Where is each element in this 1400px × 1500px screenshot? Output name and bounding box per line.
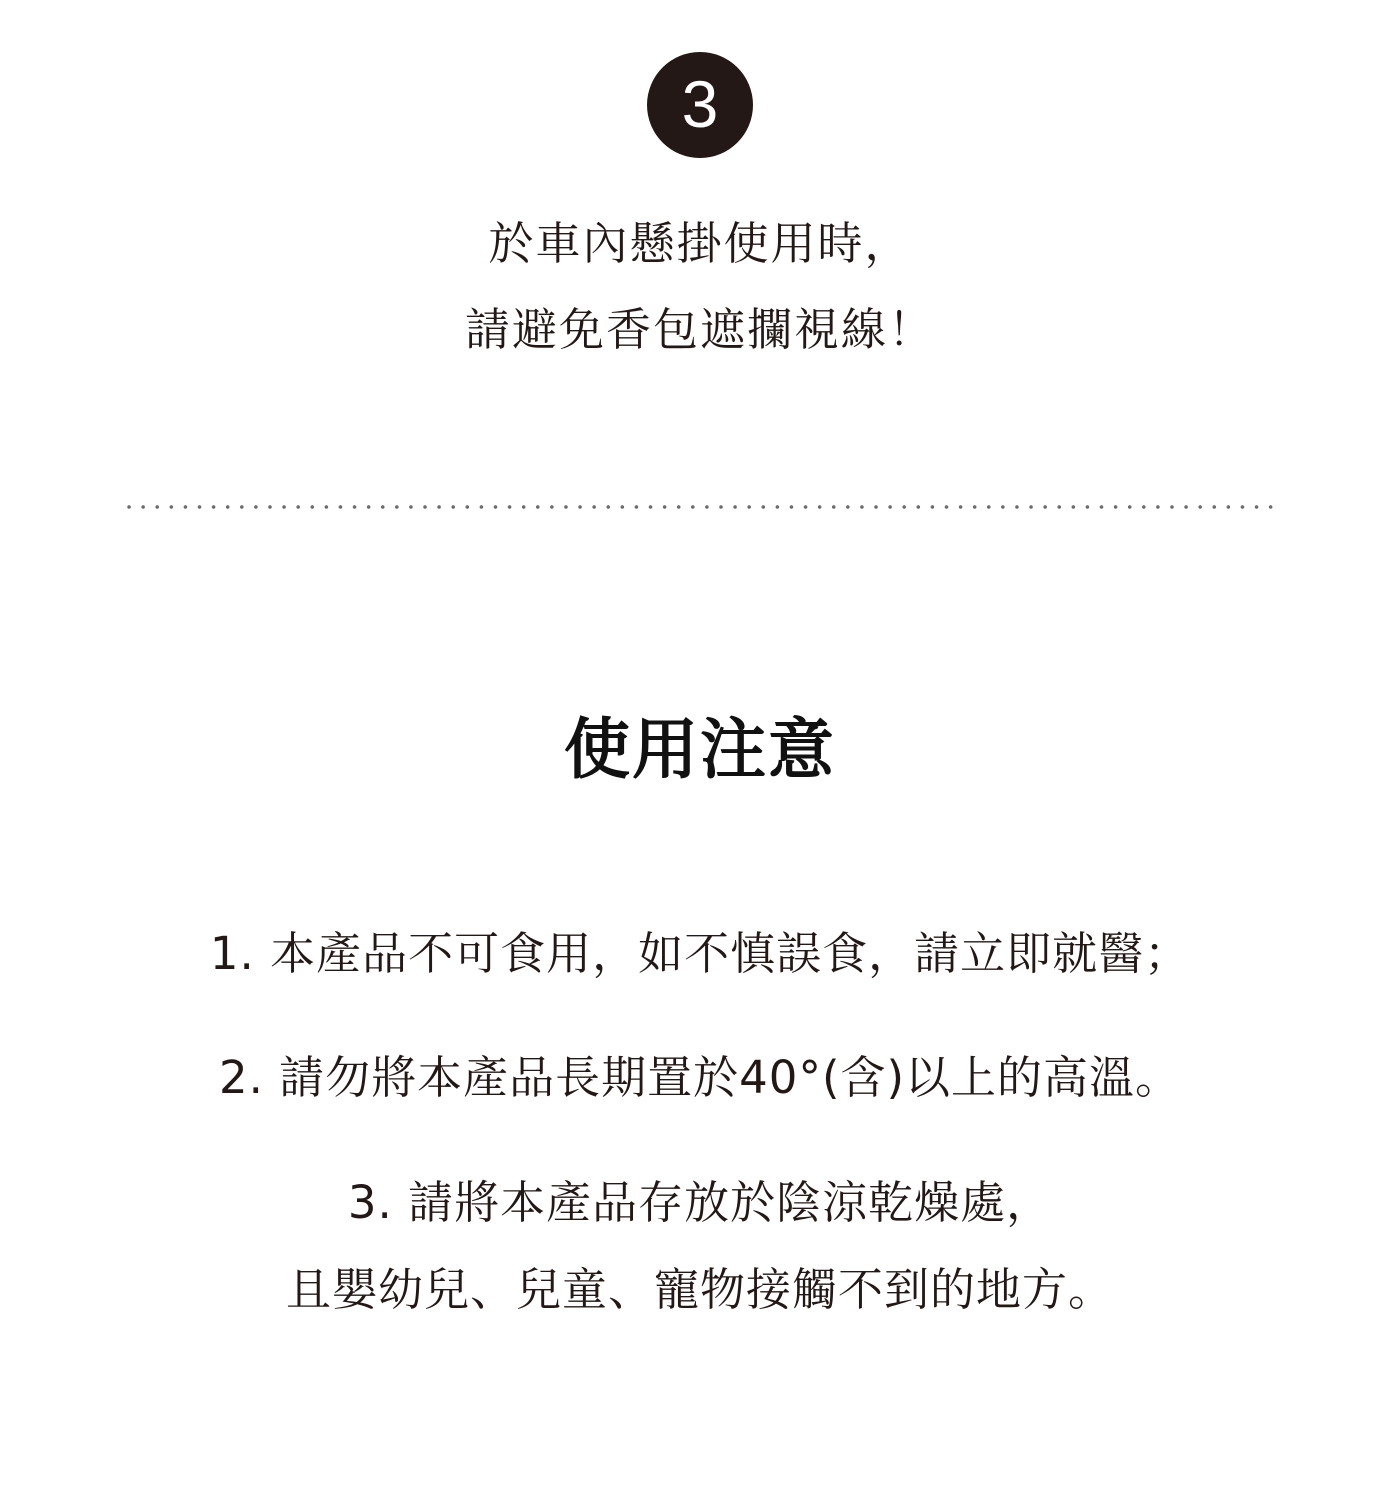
precautions-title: 使用注意 xyxy=(0,710,1400,790)
step-number: 3 xyxy=(682,71,719,137)
caption-line-2: 請避免香包遮攔視線！ xyxy=(0,302,1400,358)
dotted-divider xyxy=(122,505,1282,509)
caption-line-1: 於車內懸掛使用時， xyxy=(0,216,1400,272)
precaution-item-3-line-2: 且嬰幼兒、兒童、寵物接觸不到的地方。 xyxy=(0,1262,1400,1318)
step-number-badge: 3 xyxy=(647,52,753,158)
precaution-item-3-line-1: 3. 請將本產品存放於陰涼乾燥處， xyxy=(0,1175,1400,1231)
precaution-item-1: 1. 本產品不可食用，如不慎誤食，請立即就醫； xyxy=(0,926,1400,982)
precaution-item-2: 2. 請勿將本產品長期置於40°(含)以上的高溫。 xyxy=(0,1050,1400,1106)
